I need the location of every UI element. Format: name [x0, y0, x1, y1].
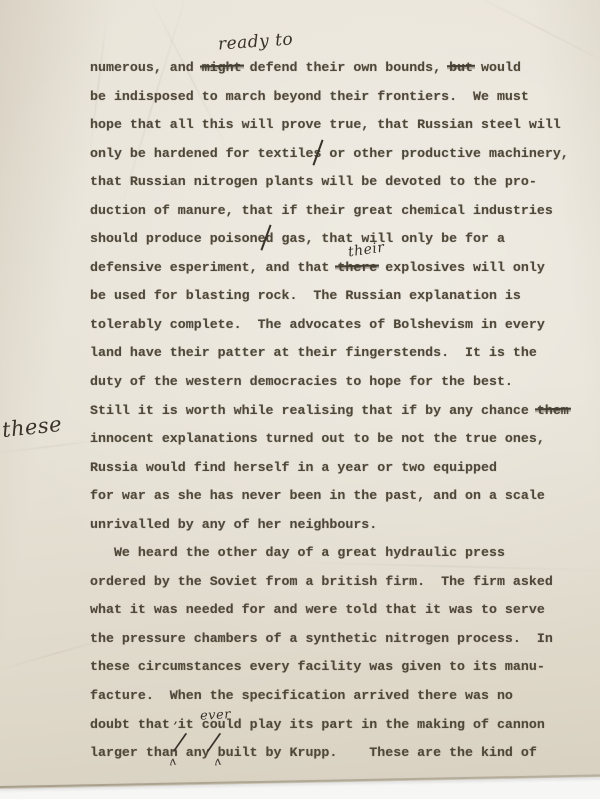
typed-text: land have their patter at their fingerst… — [90, 345, 537, 360]
handwritten-annotation-margin-these: these — [1, 414, 63, 441]
typescript-line: larger than any built by Krupp. These ar… — [90, 743, 595, 772]
handwritten-annotation-tick-above-than: ’ — [173, 721, 178, 735]
typescript-line: tolerably complete. The advocates of Bol… — [90, 315, 595, 344]
typescript-line: duty of the western democracies to hope … — [90, 372, 595, 401]
typescript-line: Russia would find herself in a year or t… — [90, 458, 595, 487]
typescript-line: that Russian nitrogen plants will be dev… — [90, 172, 595, 201]
struck-out-word: them — [537, 401, 569, 420]
typed-text: what it was needed for and were told tha… — [90, 602, 545, 617]
typed-text: Russia would find herself in a year or t… — [90, 460, 497, 475]
typed-text: We heard the other day of a great hydrau… — [90, 545, 505, 560]
photographed-typescript-page: numerous, and might defend their own bou… — [0, 0, 600, 799]
typescript-line: these circumstances every facility was g… — [90, 657, 595, 686]
typed-text: be used for blasting rock. The Russian e… — [90, 288, 521, 303]
typed-text: should produce poison — [90, 231, 258, 246]
typed-text: duction of manure, that if their great c… — [90, 203, 553, 218]
typescript-line: should produce poisoned gas, that will o… — [90, 229, 595, 258]
typed-text: numerous, and — [90, 60, 202, 75]
handwritten-annotation-insertion-ever: ever — [200, 708, 232, 723]
typescript-line: ordered by the Soviet from a british fir… — [90, 572, 595, 601]
typed-text: that Russian nitrogen plants will be dev… — [90, 174, 537, 189]
typed-text: larger than any built by Krupp. These ar… — [90, 745, 537, 760]
typed-text: defend their own bounds, — [242, 60, 449, 75]
typed-text: the pressure chambers of a synthetic nit… — [90, 631, 553, 646]
struck-out-word: there — [337, 258, 377, 277]
typed-text: explosives will only — [377, 260, 545, 275]
typescript-line: duction of manure, that if their great c… — [90, 201, 595, 230]
typescript-paper-sheet: numerous, and might defend their own bou… — [0, 0, 600, 799]
typed-text: for war as she has never been in the pas… — [90, 488, 545, 503]
typescript-line: land have their patter at their fingerst… — [90, 343, 595, 372]
typescript-line: be used for blasting rock. The Russian e… — [90, 286, 595, 315]
typescript-line: We heard the other day of a great hydrau… — [90, 543, 595, 572]
typescript-line: be indisposed to march beyond their fron… — [90, 87, 595, 116]
typescript-line: facture. When the specification arrived … — [90, 686, 595, 715]
typed-text: only be hardened for textile — [90, 146, 313, 161]
typed-text: hope that all this will prove true, that… — [90, 117, 561, 132]
typescript-line: the pressure chambers of a synthetic nit… — [90, 629, 595, 658]
slashed-letters: ed — [258, 229, 274, 248]
typed-text: doubt that it could play its part in the… — [90, 717, 545, 732]
typed-text: defensive esperiment, and that — [90, 260, 337, 275]
typescript-line: hope that all this will prove true, that… — [90, 115, 595, 144]
handwritten-annotation-insertion-ready-to: ready to — [217, 31, 293, 53]
typed-text: unrivalled by any of her neighbours. — [90, 517, 377, 532]
typed-text: Still it is worth while realising that i… — [90, 403, 537, 418]
typed-text: would — [473, 60, 521, 75]
struck-out-word: might — [202, 58, 242, 77]
typescript-line: for war as she has never been in the pas… — [90, 486, 595, 515]
typed-text: be indisposed to march beyond their fron… — [90, 89, 529, 104]
typescript-line: numerous, and might defend their own bou… — [90, 58, 595, 87]
typescript-line: innocent explanations turned out to be n… — [90, 429, 595, 458]
typescript-line: only be hardened for textiles or other p… — [90, 144, 595, 173]
typescript-line: Still it is worth while realising that i… — [90, 401, 595, 430]
struck-out-word: but — [449, 58, 473, 77]
slashed-letters: s — [313, 144, 321, 163]
typed-text: facture. When the specification arrived … — [90, 688, 513, 703]
typed-text: innocent explanations turned out to be n… — [90, 431, 545, 446]
typed-text: gas, that will only be for a — [274, 231, 505, 246]
typed-text-block: numerous, and might defend their own bou… — [90, 58, 595, 772]
typed-text: tolerably complete. The advocates of Bol… — [90, 317, 545, 332]
typed-text: ordered by the Soviet from a british fir… — [90, 574, 553, 589]
typescript-line: doubt that it could play its part in the… — [90, 715, 595, 744]
typescript-line: defensive esperiment, and that there exp… — [90, 258, 595, 287]
typed-text: these circumstances every facility was g… — [90, 659, 545, 674]
typed-text: or other productive machinery, — [321, 146, 568, 161]
typed-text: duty of the western democracies to hope … — [90, 374, 513, 389]
typescript-line: unrivalled by any of her neighbours. — [90, 515, 595, 544]
typescript-line: what it was needed for and were told tha… — [90, 600, 595, 629]
